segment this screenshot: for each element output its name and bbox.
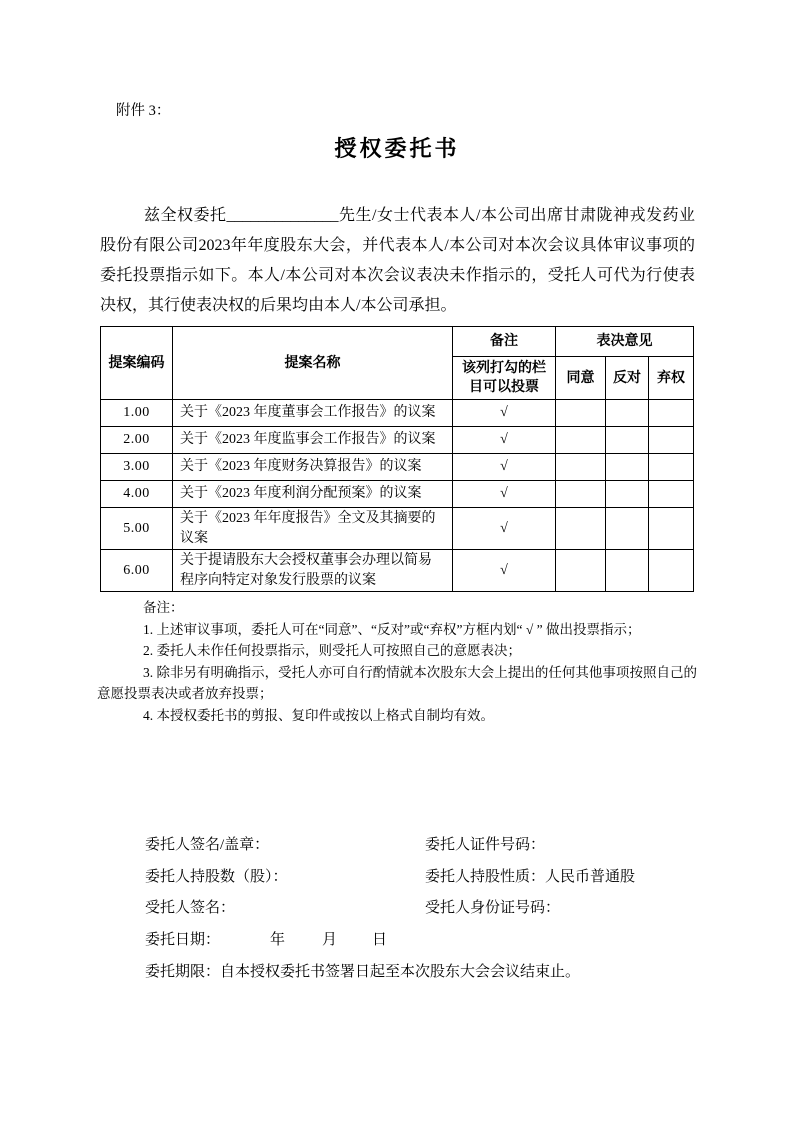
table-row: 2.00 关于《2023 年度监事会工作报告》的议案 √ (101, 427, 694, 454)
vote-cell-abstain (649, 508, 694, 550)
header-proposal-name: 提案名称 (173, 327, 453, 400)
vote-cell-agree (556, 454, 606, 481)
note-item: 2. 委托人未作任何投票指示，则受托人可按照自己的意愿表决； (97, 640, 697, 662)
proxy-id-label: 受托人身份证号码： (425, 893, 701, 925)
proposal-table: 提案编码 提案名称 备注 表决意见 该列打勾的栏目可以投票 同意 反对 弃权 1… (100, 326, 694, 592)
vote-cell-abstain (649, 454, 694, 481)
proposal-code: 6.00 (101, 550, 173, 592)
signature-row: 委托人持股数（股）： 委托人持股性质：人民币普通股 (145, 862, 701, 894)
vote-cell-oppose (606, 508, 649, 550)
table-row: 4.00 关于《2023 年度利润分配预案》的议案 √ (101, 481, 694, 508)
date-day-label: 日 (372, 925, 387, 957)
remark-checkmark: √ (453, 400, 556, 427)
vote-cell-oppose (606, 454, 649, 481)
table-row: 3.00 关于《2023 年度财务决算报告》的议案 √ (101, 454, 694, 481)
vote-cell-agree (556, 550, 606, 592)
header-vote-opinion: 表决意见 (556, 327, 694, 357)
vote-cell-oppose (606, 400, 649, 427)
remark-checkmark: √ (453, 427, 556, 454)
remark-checkmark: √ (453, 454, 556, 481)
proposal-name: 关于《2023 年度利润分配预案》的议案 (173, 481, 453, 508)
term-row: 委托期限：自本授权委托书签署日起至本次股东大会会议结束止。 (145, 957, 701, 989)
vote-cell-oppose (606, 427, 649, 454)
page-title: 授权委托书 (0, 132, 794, 163)
term-label: 委托期限：自本授权委托书签署日起至本次股东大会会议结束止。 (145, 957, 580, 989)
document-page: 附件 3： 授权委托书 兹全权委托______________先生/女士代表本人… (0, 0, 794, 1122)
date-row: 委托日期： 年 月 日 (145, 925, 701, 957)
vote-cell-agree (556, 400, 606, 427)
header-remark: 备注 (453, 327, 556, 357)
header-oppose: 反对 (606, 357, 649, 400)
note-item: 3. 除非另有明确指示，受托人亦可自行酌情就本次股东大会上提出的任何其他事项按照… (97, 662, 697, 705)
notes-section: 备注： 1. 上述审议事项，委托人可在“同意”、“反对”或“弃权”方框内划“ √… (97, 597, 697, 726)
proposal-code: 4.00 (101, 481, 173, 508)
table-row: 1.00 关于《2023 年度董事会工作报告》的议案 √ (101, 400, 694, 427)
vote-cell-abstain (649, 400, 694, 427)
principal-shares-label: 委托人持股数（股）： (145, 862, 425, 894)
note-item: 1. 上述审议事项，委托人可在“同意”、“反对”或“弃权”方框内划“ √ ” 做… (97, 619, 697, 641)
principal-share-type-label: 委托人持股性质：人民币普通股 (425, 862, 701, 894)
remark-checkmark: √ (453, 508, 556, 550)
intro-paragraph: 兹全权委托______________先生/女士代表本人/本公司出席甘肃陇神戎发… (100, 201, 695, 321)
vote-cell-oppose (606, 550, 649, 592)
vote-cell-abstain (649, 481, 694, 508)
note-item: 4. 本授权委托书的剪报、复印件或按以上格式自制均有效。 (97, 705, 697, 727)
proposal-code: 5.00 (101, 508, 173, 550)
vote-cell-agree (556, 427, 606, 454)
signature-row: 委托人签名/盖章： 委托人证件号码： (145, 830, 701, 862)
remark-checkmark: √ (453, 481, 556, 508)
remark-checkmark: √ (453, 550, 556, 592)
vote-cell-agree (556, 481, 606, 508)
principal-id-label: 委托人证件号码： (425, 830, 701, 862)
signature-section: 委托人签名/盖章： 委托人证件号码： 委托人持股数（股）： 委托人持股性质：人民… (145, 830, 701, 988)
header-agree: 同意 (556, 357, 606, 400)
proposal-name: 关于《2023 年度董事会工作报告》的议案 (173, 400, 453, 427)
principal-signature-label: 委托人签名/盖章： (145, 830, 425, 862)
notes-label: 备注： (97, 597, 697, 619)
header-remark-sub: 该列打勾的栏目可以投票 (453, 357, 556, 400)
header-proposal-code: 提案编码 (101, 327, 173, 400)
proposal-name: 关于提请股东大会授权董事会办理以简易程序向特定对象发行股票的议案 (173, 550, 453, 592)
signature-row: 受托人签名： 受托人身份证号码： (145, 893, 701, 925)
vote-cell-agree (556, 508, 606, 550)
vote-cell-abstain (649, 427, 694, 454)
proposal-code: 1.00 (101, 400, 173, 427)
proposal-name: 关于《2023 年度财务决算报告》的议案 (173, 454, 453, 481)
date-label: 委托日期： (145, 925, 220, 957)
table-row: 5.00 关于《2023 年年度报告》全文及其摘要的议案 √ (101, 508, 694, 550)
vote-cell-abstain (649, 550, 694, 592)
proposal-name: 关于《2023 年年度报告》全文及其摘要的议案 (173, 508, 453, 550)
proxy-signature-label: 受托人签名： (145, 893, 425, 925)
proposal-code: 3.00 (101, 454, 173, 481)
date-month-label: 月 (322, 925, 337, 957)
proposal-name: 关于《2023 年度监事会工作报告》的议案 (173, 427, 453, 454)
header-abstain: 弃权 (649, 357, 694, 400)
vote-cell-oppose (606, 481, 649, 508)
proposal-code: 2.00 (101, 427, 173, 454)
date-year-label: 年 (270, 925, 285, 957)
attachment-label: 附件 3： (116, 99, 170, 120)
table-row: 6.00 关于提请股东大会授权董事会办理以简易程序向特定对象发行股票的议案 √ (101, 550, 694, 592)
